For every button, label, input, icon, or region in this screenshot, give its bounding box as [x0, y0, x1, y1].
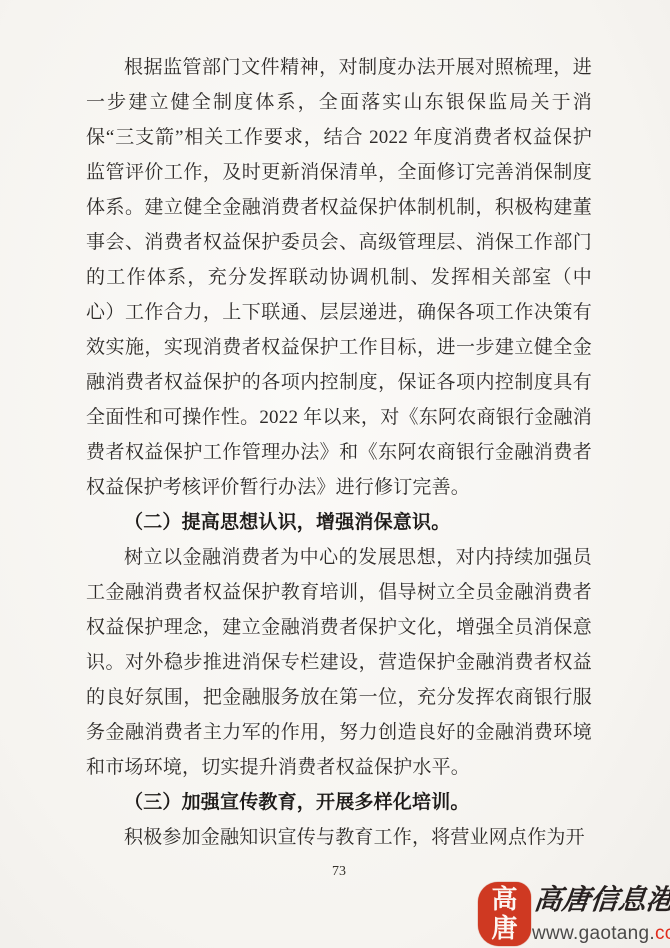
site-url-prefix: www.gaotang. — [532, 923, 655, 944]
site-url-accent: cc — [655, 923, 670, 944]
body-paragraph: 树立以金融消费者为中心的发展思想，对内持续加强员工金融消费者权益保护教育培训，倡… — [86, 540, 592, 785]
seal-char-bottom: 唐 — [491, 914, 517, 943]
seal-char-top: 高 — [491, 885, 517, 914]
gaotang-seal-icon: 高 唐 — [478, 882, 531, 946]
body-paragraph: 积极参加金融知识宣传与教育工作，将营业网点作为开 — [86, 820, 592, 855]
section-heading-3: （三）加强宣传教育，开展多样化培训。 — [86, 785, 592, 820]
scanned-document-page: 根据监管部门文件精神，对制度办法开展对照梳理，进一步建立健全制度体系，全面落实山… — [0, 0, 670, 948]
document-body: 根据监管部门文件精神，对制度办法开展对照梳理，进一步建立健全制度体系，全面落实山… — [86, 50, 592, 855]
section-heading-2: （二）提高思想认识，增强消保意识。 — [86, 505, 592, 540]
page-number: 73 — [86, 864, 592, 880]
body-paragraph: 根据监管部门文件精神，对制度办法开展对照梳理，进一步建立健全制度体系，全面落实山… — [86, 50, 592, 505]
site-name-calligraphy: 高唐信息港 — [532, 884, 670, 918]
gaotang-watermark-logo: 高 唐 高唐信息港 www.gaotang.cc — [472, 880, 669, 948]
site-url: www.gaotang.cc — [532, 923, 670, 945]
